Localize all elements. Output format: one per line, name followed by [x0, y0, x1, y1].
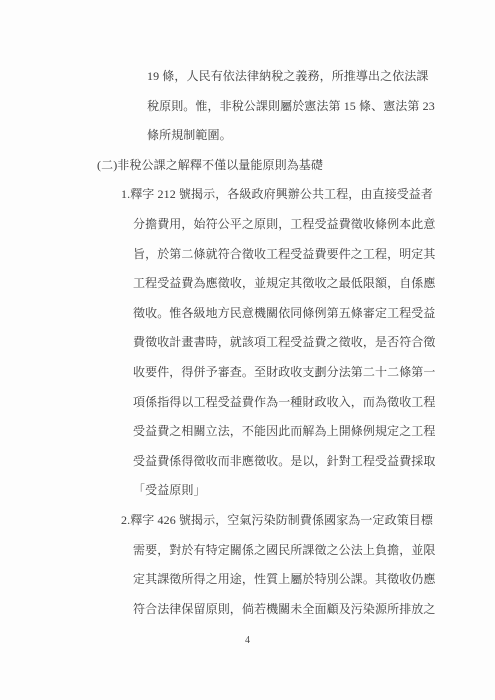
list-item-2-number-line: 2.釋字 426 號揭示，空氣污染防制費係國家為一定政策目標 — [0, 506, 495, 536]
text-line: 需要，對於有特定關係之國民所課徵之公法上負擔，並限 — [0, 536, 495, 566]
text-line: 徵收。惟各級地方民意機關依同條例第五條審定工程受益 — [0, 299, 495, 329]
text-line: 稅原則。惟，非稅公課則屬於憲法第 15 條、憲法第 23 — [0, 92, 495, 122]
text-line: 定其課徵所得之用途，性質上屬於特別公課。其徵收仍應 — [0, 565, 495, 595]
text-line: 費徵收計畫書時，就該項工程受益費之徵收，是否符合徵 — [0, 328, 495, 358]
document-text-block: 19 條，人民有依法律納稅之義務，所推導出之依法課 稅原則。惟，非稅公課則屬於憲… — [0, 62, 495, 624]
quoted-term-line: 「受益原則」 — [0, 476, 495, 506]
document-page: 19 條，人民有依法律納稅之義務，所推導出之依法課 稅原則。惟，非稅公課則屬於憲… — [0, 0, 495, 700]
section-heading: (二)非稅公課之解釋不僅以量能原則為基礎 — [0, 151, 495, 181]
list-item-1-number-line: 1.釋字 212 號揭示，各級政府興辦公共工程，由直接受益者 — [0, 180, 495, 210]
text-line: 受益費係得徵收而非應徵收。是以，針對工程受益費採取 — [0, 447, 495, 477]
text-line: 項係指得以工程受益費作為一種財政收入，而為徵收工程 — [0, 388, 495, 418]
page-number: 4 — [0, 634, 495, 648]
text-line: 受益費之相關立法，不能因此而解為上開條例規定之工程 — [0, 417, 495, 447]
text-line: 分擔費用，始符公平之原則，工程受益費徵收條例本此意 — [0, 210, 495, 240]
text-line: 收要件，得併予審查。至財政收支劃分法第二十二條第一 — [0, 358, 495, 388]
text-line: 符合法律保留原則，倘若機關未全面顧及污染源所排放之 — [0, 595, 495, 625]
text-line: 條所規制範圍。 — [0, 121, 495, 151]
text-line: 19 條，人民有依法律納稅之義務，所推導出之依法課 — [0, 62, 495, 92]
text-line: 旨，於第二條就符合徵收工程受益費要件之工程，明定其 — [0, 240, 495, 270]
text-line: 工程受益費為應徵收，並規定其徵收之最低限額，自係應 — [0, 269, 495, 299]
